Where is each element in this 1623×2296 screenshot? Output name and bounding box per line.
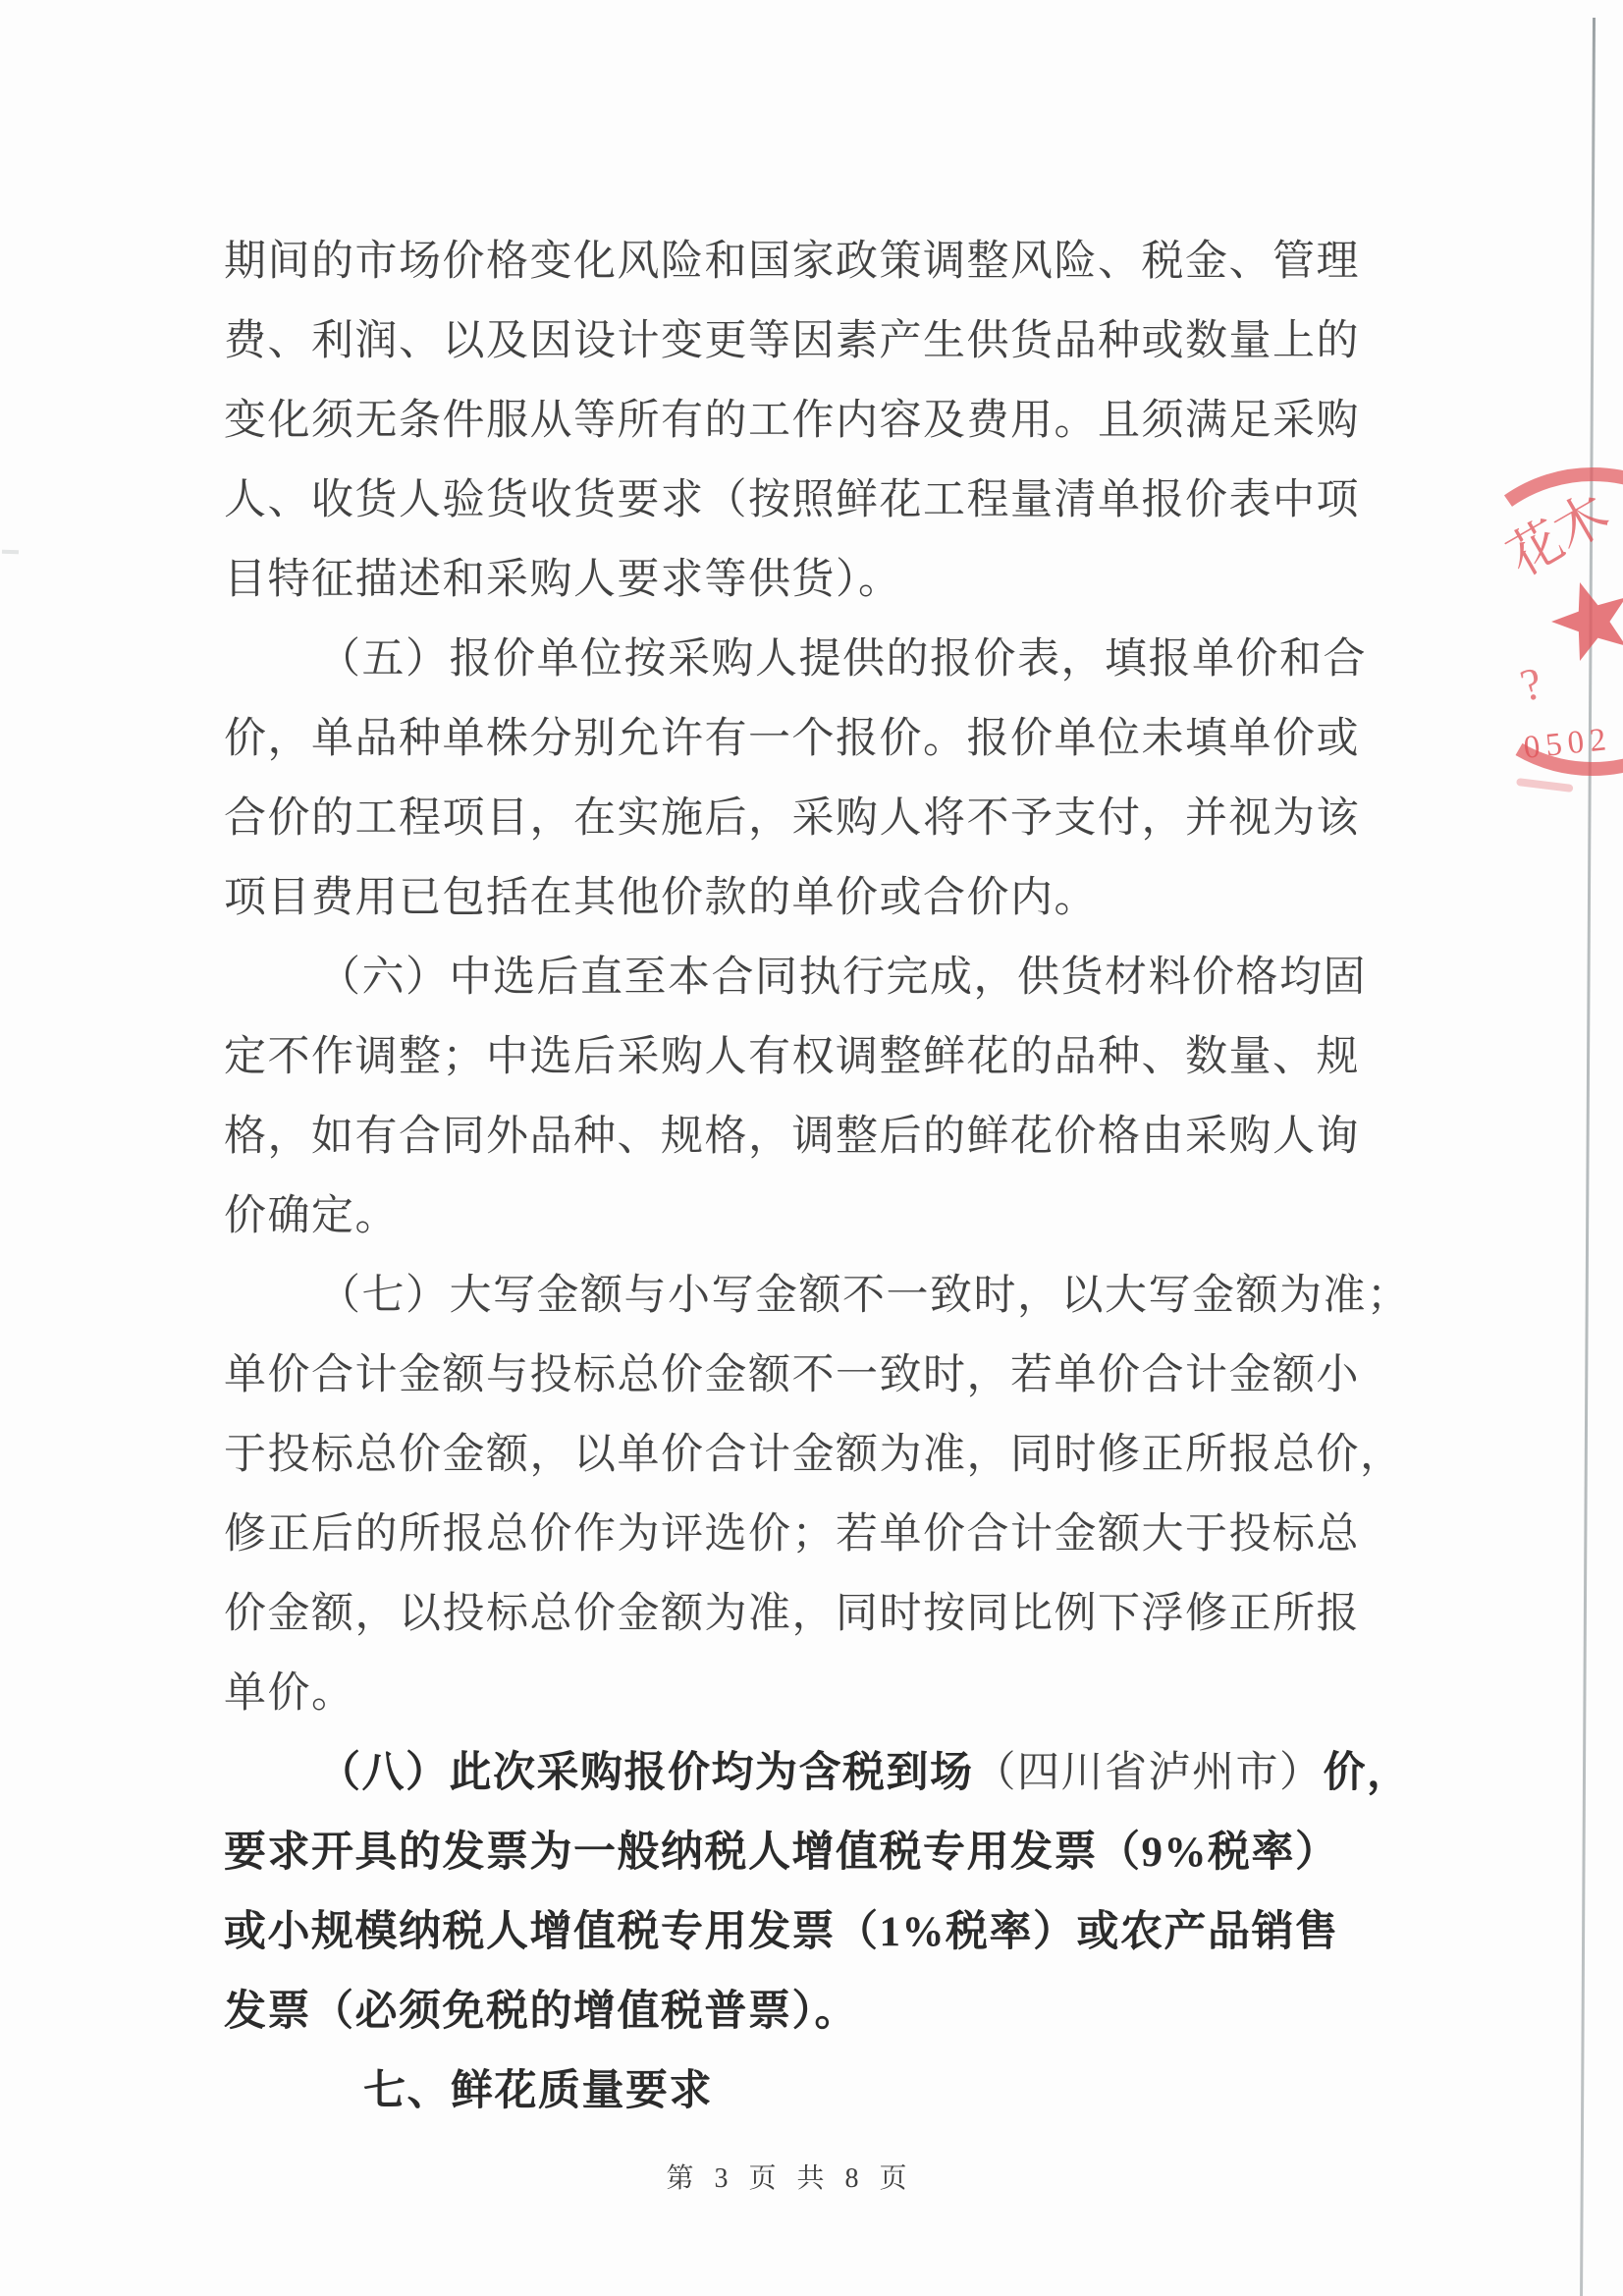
text-line: 修正后的所报总价作为评选价；若单价合计金额大于投标总 <box>224 1495 1375 1574</box>
text-line: （七）大写金额与小写金额不一致时，以大写金额为准； <box>224 1256 1375 1336</box>
scan-smudge <box>2 550 19 555</box>
text-line: 人、收货人验货收货要求（按照鲜花工程量清单报价表中项 <box>224 461 1375 540</box>
text-line: 期间的市场价格变化风险和国家政策调整风险、税金、管理 <box>224 222 1375 301</box>
text-line: 单价合计金额与投标总价金额不一致时，若单价合计金额小 <box>224 1336 1375 1415</box>
text-line: （六）中选后直至本合同执行完成，供货材料价格均固 <box>224 938 1375 1017</box>
text-line: 费、利润、以及因设计变更等因素产生供货品种或数量上的 <box>224 301 1375 381</box>
seal-digits: 0502 <box>1522 722 1613 766</box>
text-line: 发票（必须免税的增值税普票）。 <box>224 1972 1375 2051</box>
scanned-document-page: 期间的市场价格变化风险和国家政策调整风险、税金、管理费、利润、以及因设计变更等因… <box>0 0 1623 2296</box>
text-line: 定不作调整；中选后采购人有权调整鲜花的品种、数量、规 <box>224 1017 1375 1097</box>
text-line: 项目费用已包括在其他价款的单价或合价内。 <box>224 858 1375 938</box>
text-line: 单价。 <box>224 1654 1375 1733</box>
seal-smudge <box>1516 778 1574 793</box>
seal-mark: ? <box>1515 657 1546 710</box>
text-line: 变化须无条件服从等所有的工作内容及费用。且须满足采购 <box>224 381 1375 461</box>
document-body: 期间的市场价格变化风险和国家政策调整风险、税金、管理费、利润、以及因设计变更等因… <box>224 222 1375 2131</box>
scan-edge-line <box>1580 18 1596 2296</box>
text-line: 价确定。 <box>224 1176 1375 1256</box>
text-line: 价金额，以投标总价金额为准，同时按同比例下浮修正所报 <box>224 1574 1375 1654</box>
text-line: 或小规模纳税人增值税专用发票（1%税率）或农产品销售 <box>224 1892 1375 1972</box>
red-seal-stamp: 花木 ? 0502 <box>1453 412 1623 805</box>
text-line: 价，单品种单株分别允许有一个报价。报价单位未填单价或 <box>224 699 1375 779</box>
seal-star <box>1542 571 1623 666</box>
page-number: 第 3 页 共 8 页 <box>0 2157 1601 2196</box>
text-segment: （八）此次采购报价均为含税到场 <box>318 1750 974 1796</box>
text-line: 合价的工程项目，在实施后，采购人将不予支付，并视为该 <box>224 779 1375 858</box>
text-segment: 价， <box>1324 1750 1411 1796</box>
text-line: （五）报价单位按采购人提供的报价表，填报单价和合 <box>224 620 1375 699</box>
text-line: 目特征描述和采购人要求等供货）。 <box>224 540 1375 620</box>
text-line: 于投标总价金额，以单价合计金额为准，同时修正所报总价， <box>224 1415 1375 1495</box>
section-heading: 七、鲜花质量要求 <box>224 2051 1375 2131</box>
text-segment: （四川省泸州市） <box>974 1750 1324 1796</box>
text-line: 要求开具的发票为一般纳税人增值税专用发票（9%税率） <box>224 1813 1375 1892</box>
text-line: （八）此次采购报价均为含税到场（四川省泸州市）价， <box>224 1733 1375 1813</box>
text-line: 格，如有合同外品种、规格，调整后的鲜花价格由采购人询 <box>224 1097 1375 1176</box>
